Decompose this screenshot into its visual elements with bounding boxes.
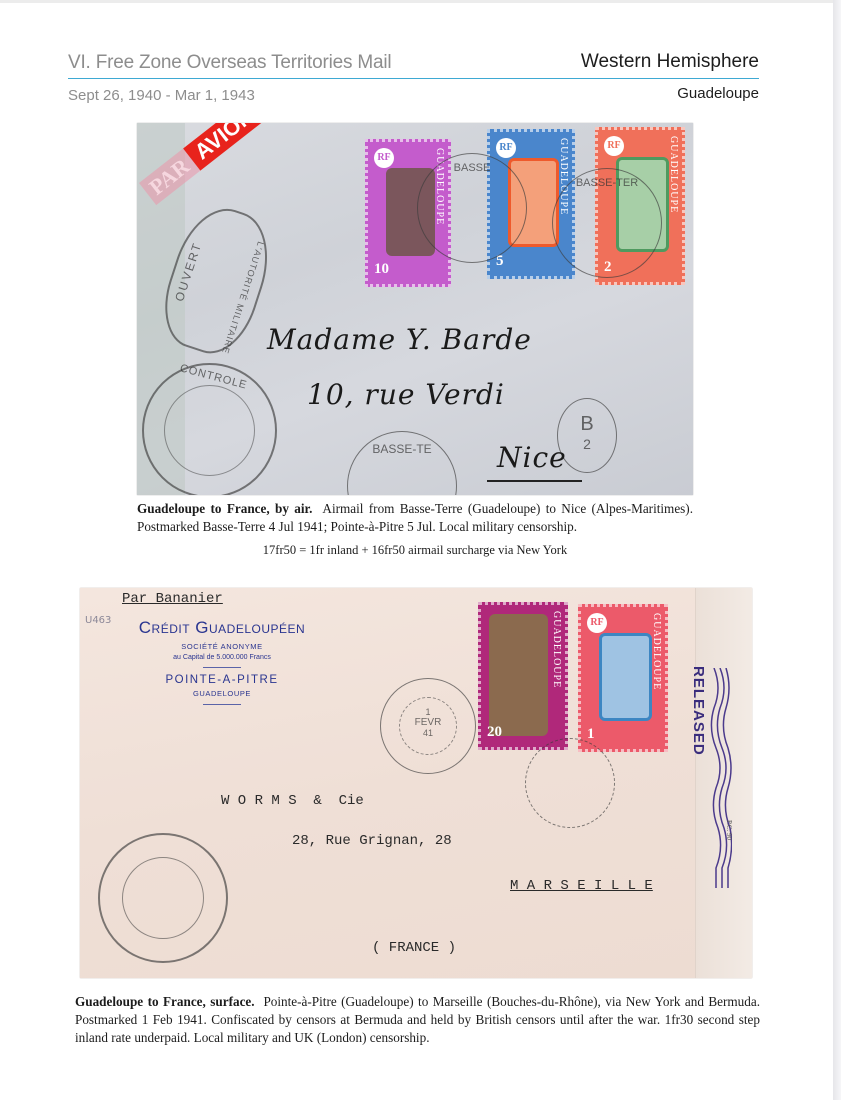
airmail-cover-image: PARAVION OUVERT L'AUTORITÉ MILITAIRE CON… [137,123,693,495]
letterhead: Crédit Guadeloupéen SOCIÉTÉ ANONYME au C… [102,618,342,711]
basse-terre-postmark: BASSE [417,153,527,263]
caption-title: Guadeloupe to France, by air. [137,501,312,516]
address-line-2: 28, Rue Grignan, 28 [292,833,452,849]
stamp-1f: RF GUADELOUPE 1 [578,604,668,752]
address-line-3: M A R S E I L L E [510,878,653,894]
pointe-a-pitre-postmark [525,738,615,828]
page-right-edge [833,0,841,1100]
address-underline [487,480,582,482]
surface-cover-image: Par Bananier U463 Crédit Guadeloupéen SO… [80,588,752,978]
surface-caption: Guadeloupe to France, surface. Pointe-à-… [75,993,760,1047]
censor-wavy-lines [710,668,732,888]
basse-terre-postmark: BASSE-TER [552,168,662,278]
controle-postal-mark: CONTROLE [142,363,277,495]
basse-terre-postmark: BASSE-TE [347,431,457,495]
stamp-20c: GUADELOUPE 20 [478,602,568,750]
address-line-3: Nice [497,441,567,474]
section-title: VI. Free Zone Overseas Territories Mail [68,52,391,74]
airmail-rate-note: 17fr50 = 1fr inland + 16fr50 airmail sur… [137,541,693,559]
routing-label: Par Bananier [122,591,223,607]
address-line-1: Madame Y. Barde [267,323,532,356]
airmail-caption: Guadeloupe to France, by air. Airmail fr… [137,500,693,536]
page-top-edge [0,0,841,3]
region-title: Western Hemisphere [581,51,759,73]
country-title: Guadeloupe [677,85,759,102]
pointe-a-pitre-postmark: 1 FEVR 41 [380,678,476,774]
header-rule [68,78,759,79]
controle-postal-mark [98,833,228,963]
address-line-2: 10, rue Verdi [307,378,505,411]
address-line-1: W O R M S & Cie [221,793,364,809]
caption-title: Guadeloupe to France, surface. [75,994,255,1009]
date-range: Sept 26, 1940 - Mar 1, 1943 [68,87,255,104]
released-mark: RELEASED [690,666,707,756]
censor-code: P.C. 90 [725,820,733,840]
address-line-4: ( FRANCE ) [372,940,456,956]
